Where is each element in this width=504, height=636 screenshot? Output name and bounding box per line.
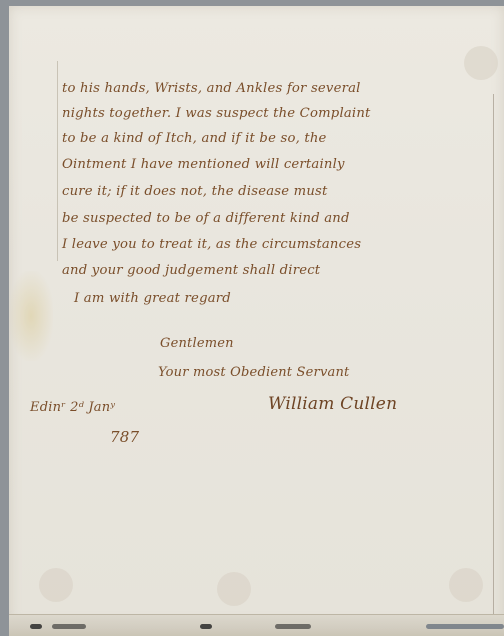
- ink-blot: [200, 624, 212, 629]
- letter-line: nights together. I was suspect the Compl…: [62, 106, 371, 121]
- salutation: Gentlemen: [160, 336, 234, 351]
- letter-line: to be a kind of Itch, and if it be so, t…: [62, 131, 327, 146]
- margin-fold-line: [57, 61, 58, 261]
- letter-line: cure it; if it does not, the disease mus…: [62, 184, 328, 199]
- letter-line: be suspected to be of a different kind a…: [62, 211, 350, 226]
- signature: William Cullen: [268, 394, 397, 414]
- paper-sheet: [9, 6, 504, 624]
- binding-strip: [426, 624, 504, 629]
- seal-mark: [39, 568, 73, 602]
- torn-edge: [493, 94, 497, 624]
- letter-line: Ointment I have mentioned will certainly: [62, 157, 345, 172]
- water-stain: [9, 271, 53, 361]
- seal-mark: [449, 568, 483, 602]
- scanned-letter: to his hands, Wrists, and Ankles for sev…: [0, 0, 504, 636]
- complimentary-close: Your most Obedient Servant: [158, 365, 349, 380]
- seal-mark: [464, 46, 498, 80]
- dateline-year: 787: [110, 428, 139, 446]
- letter-line: to his hands, Wrists, and Ankles for sev…: [62, 81, 361, 96]
- ink-blot: [52, 624, 86, 629]
- ink-blot: [30, 624, 42, 629]
- ink-blot: [275, 624, 311, 629]
- letter-line: and your good judgement shall direct: [62, 263, 320, 278]
- seal-mark: [217, 572, 251, 606]
- letter-line: I leave you to treat it, as the circumst…: [62, 237, 361, 252]
- letter-line: I am with great regard: [74, 291, 231, 306]
- dateline-place-date: Edinʳ 2ᵈ Janʸ: [30, 400, 115, 415]
